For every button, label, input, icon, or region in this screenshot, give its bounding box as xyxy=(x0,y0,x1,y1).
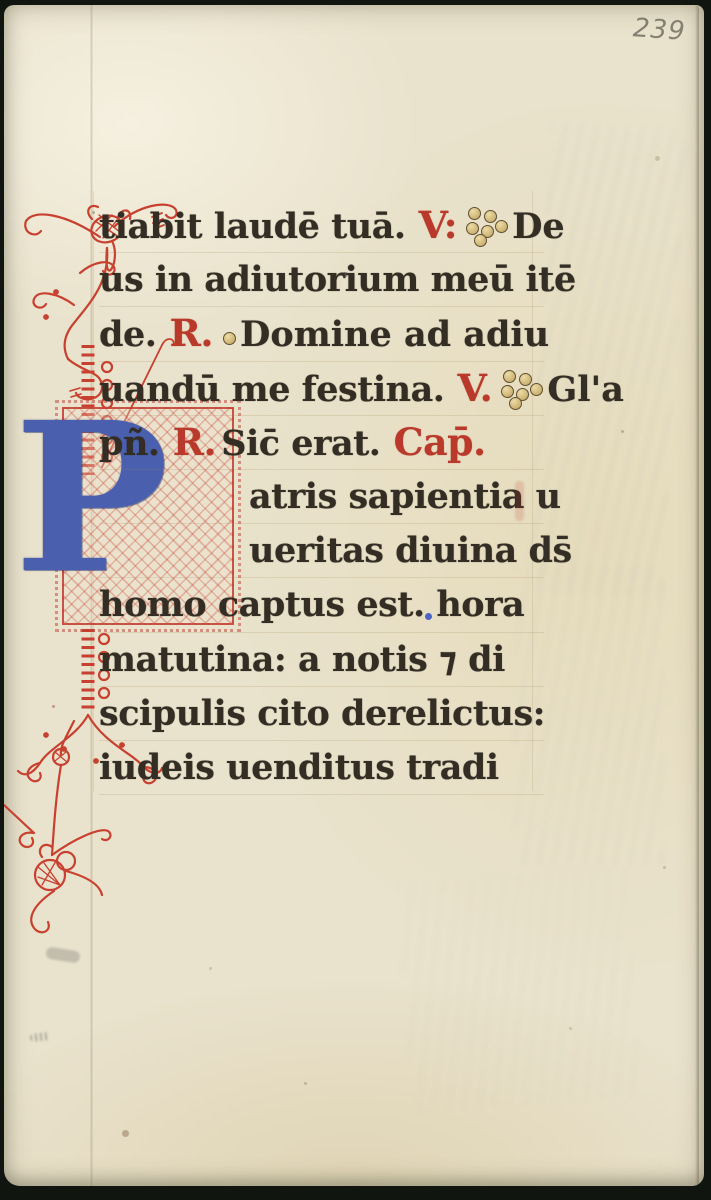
text-line: uandū me festina.V.Gl'a xyxy=(99,362,544,416)
rubric-mark: V. xyxy=(457,366,492,410)
text-line: atris sapientia u xyxy=(99,470,544,524)
text-segment: matutina: a notis ⁊ di xyxy=(99,639,505,680)
text-block: tiabit laudē tuā.V:Deus in adiutorium me… xyxy=(99,199,544,795)
text-segment: uandū me festina. xyxy=(99,369,444,410)
gold-dot xyxy=(501,385,514,398)
parchment-specks xyxy=(4,5,7,8)
gold-dot xyxy=(519,373,532,386)
gold-dot xyxy=(468,207,481,220)
text-segment: pñ. xyxy=(99,423,160,464)
text-bleedthrough xyxy=(396,867,641,1112)
text-segment: scipulis cito derelictus: xyxy=(99,693,545,734)
text-bleedthrough xyxy=(514,565,664,865)
text-segment: Sic̄ erat. xyxy=(221,423,380,464)
text-segment: us in adiutorium meū itē xyxy=(99,259,576,300)
text-line: iudeis uenditus tradi xyxy=(99,741,544,795)
text-line: us in adiutorium meū itē xyxy=(99,253,544,307)
rubric-mark: R. xyxy=(173,420,217,464)
gold-dot xyxy=(223,332,236,345)
rubric-mark: V: xyxy=(419,203,457,247)
photo-backdrop: { "document": { "kind": "illuminated man… xyxy=(0,0,711,1200)
rubric-mark: Cap̄. xyxy=(394,420,486,464)
gold-dot xyxy=(509,397,522,410)
gold-dot xyxy=(495,220,508,233)
text-segment: de. xyxy=(99,314,156,355)
gold-ball-ornament xyxy=(466,206,510,246)
text-line: tiabit laudē tuā.V:De xyxy=(99,199,544,253)
text-segment: atris sapientia u xyxy=(249,476,561,517)
blue-ink-dot xyxy=(425,613,432,620)
rubric-mark: R. xyxy=(169,311,213,355)
text-segment: tiabit laudē tuā. xyxy=(99,206,406,247)
gold-ball-ornament xyxy=(222,324,238,354)
text-line: de.R.Domine ad adiu xyxy=(99,307,544,361)
manuscript-page: 239 xyxy=(4,5,704,1186)
text-segment: Domine ad adiu xyxy=(240,314,549,355)
text-segment: homo captus est. hora xyxy=(99,584,524,625)
text-segment: iudeis uenditus tradi xyxy=(99,747,499,788)
gold-dot xyxy=(474,234,487,247)
text-line: scipulis cito derelictus: xyxy=(99,687,544,741)
text-line: ueritas diuina ds̄ xyxy=(99,524,544,578)
page-edge-line xyxy=(695,5,699,1186)
text-line: pñ.R.Sic̄ erat.Cap̄. xyxy=(99,416,544,470)
folio-number: 239 xyxy=(632,13,687,47)
red-bleedthrough-mark xyxy=(515,481,524,521)
gold-dot xyxy=(503,370,516,383)
pencil-scribble xyxy=(30,1032,51,1042)
gold-dot xyxy=(466,222,479,235)
text-line: homo captus est. hora xyxy=(99,578,544,632)
text-line: matutina: a notis ⁊ di xyxy=(99,633,544,687)
text-bleedthrough xyxy=(527,122,686,598)
gold-dot xyxy=(484,210,497,223)
